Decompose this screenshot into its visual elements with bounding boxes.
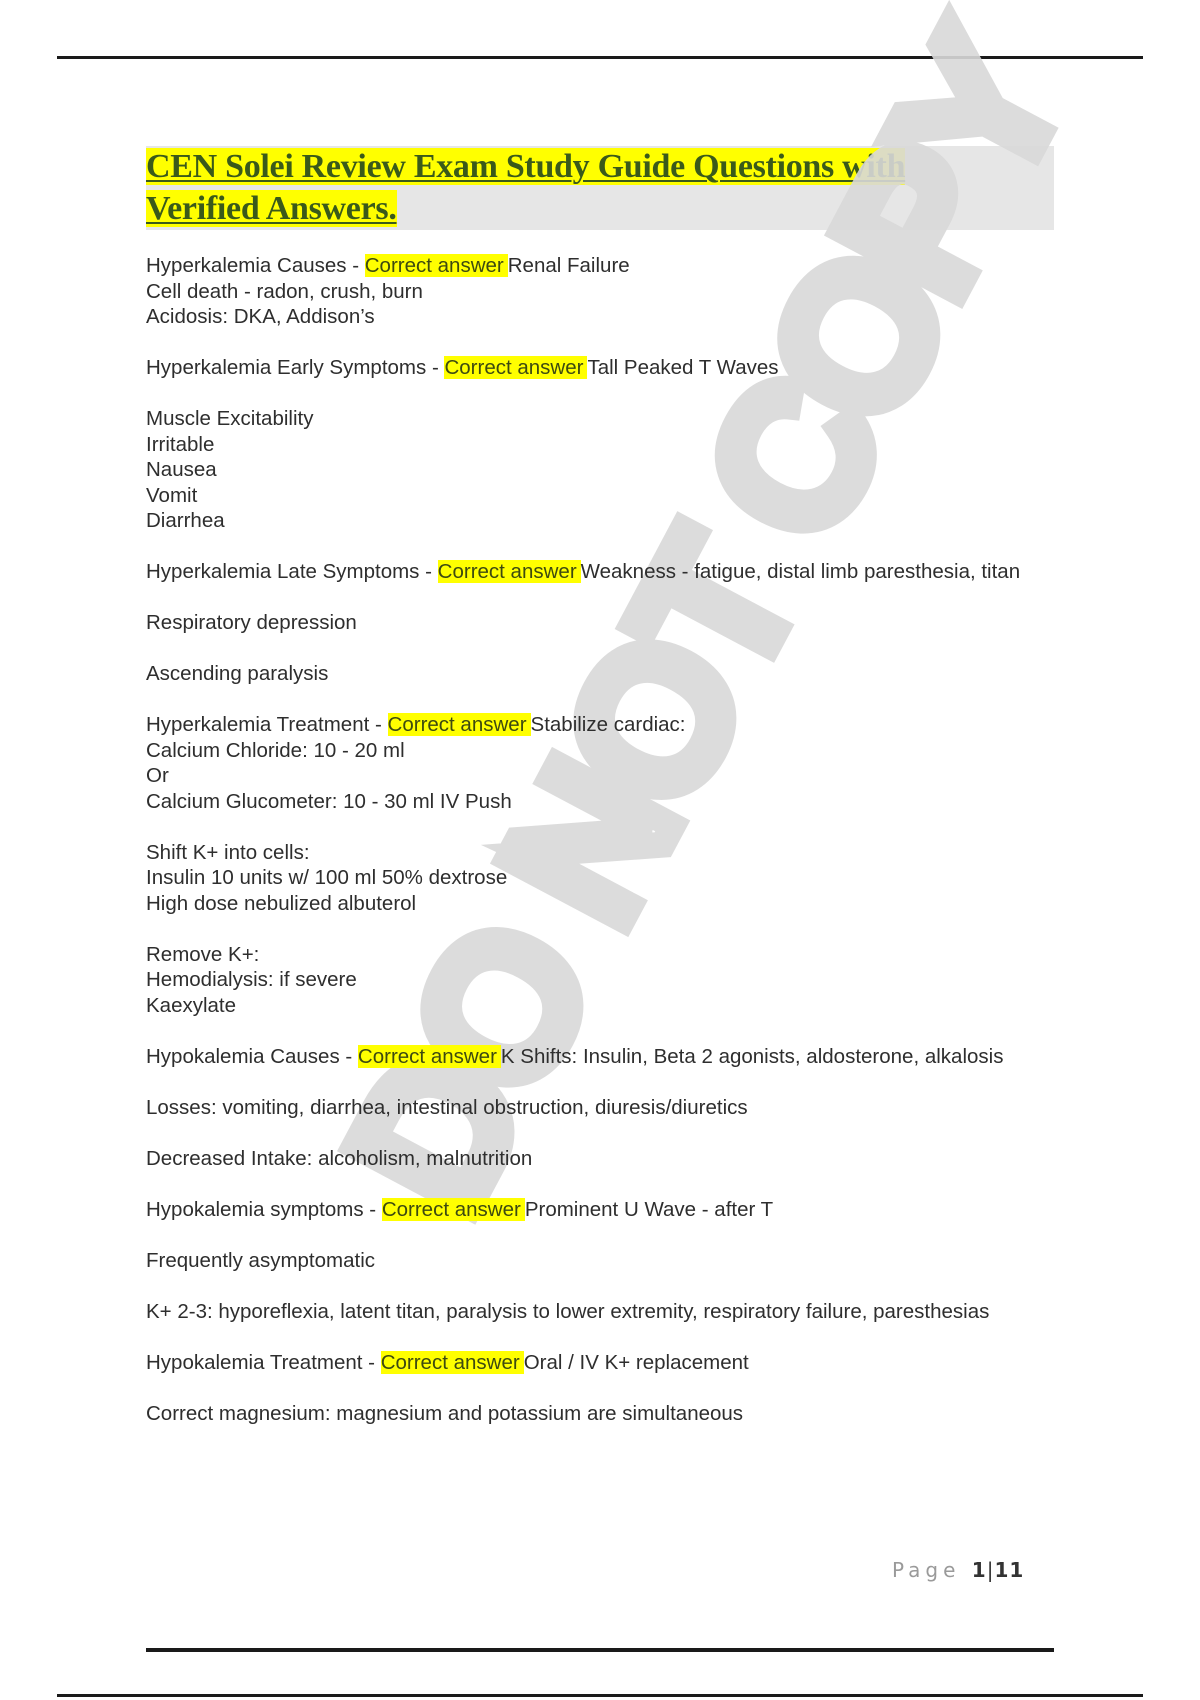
answer-text: Tall Peaked T Waves [587,356,778,379]
text-line: Remove K+: [146,942,1066,968]
text-line: Ascending paralysis [146,661,1066,687]
question-text: Hyperkalemia Causes - [146,254,365,277]
header-rule [57,56,1143,59]
text-line: Correct magnesium: magnesium and potassi… [146,1401,1066,1427]
total-pages: 11 [994,1558,1024,1582]
qa-block: Muscle ExcitabilityIrritableNauseaVomitD… [146,406,1066,534]
text-line: Cell death - radon, crush, burn [146,279,1066,305]
text-line: Muscle Excitability [146,406,1066,432]
answer-text: Prominent U Wave - after T [525,1198,773,1221]
text-line: Or [146,763,1066,789]
text-line: Diarrhea [146,508,1066,534]
qa-block: Hyperkalemia Late Symptoms - Correct ans… [146,559,1066,585]
qa-block: Hyperkalemia Treatment - Correct answerS… [146,712,1066,814]
text-line: K+ 2-3: hyporeflexia, latent titan, para… [146,1299,1066,1325]
text-line: Hemodialysis: if severe [146,967,1066,993]
question-text: Hyperkalemia Late Symptoms - [146,560,438,583]
answer-text: Weakness - fatigue, distal limb paresthe… [581,560,1020,583]
qa-block: Hyperkalemia Causes - Correct answerRena… [146,253,1066,330]
current-page: 1 [972,1558,987,1582]
document-body: Hyperkalemia Causes - Correct answerRena… [146,253,1066,1452]
title-line-1: CEN Solei Review Exam Study Guide Questi… [146,148,905,185]
text-line: Insulin 10 units w/ 100 ml 50% dextrose [146,865,1066,891]
question-line: Hyperkalemia Early Symptoms - Correct an… [146,355,1066,381]
text-line: Kaexylate [146,993,1066,1019]
question-line: Hypokalemia Treatment - Correct answerOr… [146,1350,1066,1376]
correct-answer-highlight: Correct answer [388,713,531,736]
qa-block: Correct magnesium: magnesium and potassi… [146,1401,1066,1427]
correct-answer-highlight: Correct answer [358,1045,501,1068]
correct-answer-highlight: Correct answer [438,560,581,583]
text-line: High dose nebulized albuterol [146,891,1066,917]
answer-text: Oral / IV K+ replacement [524,1351,749,1374]
footer-rule [146,1648,1054,1652]
text-line: Irritable [146,432,1066,458]
text-line: Calcium Glucometer: 10 - 30 ml IV Push [146,789,1066,815]
question-text: Hypokalemia Treatment - [146,1351,381,1374]
qa-block: Shift K+ into cells:Insulin 10 units w/ … [146,840,1066,917]
text-line: Losses: vomiting, diarrhea, intestinal o… [146,1095,1066,1121]
qa-block: Hypokalemia Treatment - Correct answerOr… [146,1350,1066,1376]
qa-block: Losses: vomiting, diarrhea, intestinal o… [146,1095,1066,1121]
title-line-2: Verified Answers. [146,190,397,227]
correct-answer-highlight: Correct answer [444,356,587,379]
question-text: Hypokalemia Causes - [146,1045,358,1068]
question-text: Hyperkalemia Early Symptoms - [146,356,444,379]
question-text: Hyperkalemia Treatment - [146,713,388,736]
qa-block: K+ 2-3: hyporeflexia, latent titan, para… [146,1299,1066,1325]
correct-answer-highlight: Correct answer [365,254,508,277]
qa-block: Hyperkalemia Early Symptoms - Correct an… [146,355,1066,381]
page-number: Page 1|11 [892,1558,1024,1582]
question-line: Hyperkalemia Treatment - Correct answerS… [146,712,1066,738]
qa-block: Hypokalemia symptoms - Correct answerPro… [146,1197,1066,1223]
page-label: Page [892,1558,960,1582]
text-line: Shift K+ into cells: [146,840,1066,866]
qa-block: Frequently asymptomatic [146,1248,1066,1274]
question-text: Hypokalemia symptoms - [146,1198,382,1221]
text-line: Respiratory depression [146,610,1066,636]
document-title: CEN Solei Review Exam Study Guide Questi… [146,146,1046,230]
text-line: Nausea [146,457,1066,483]
correct-answer-highlight: Correct answer [382,1198,525,1221]
qa-block: Hypokalemia Causes - Correct answerK Shi… [146,1044,1066,1070]
answer-text: Renal Failure [508,254,630,277]
question-line: Hypokalemia symptoms - Correct answerPro… [146,1197,1066,1223]
question-line: Hyperkalemia Causes - Correct answerRena… [146,253,1066,279]
qa-block: Decreased Intake: alcoholism, malnutriti… [146,1146,1066,1172]
qa-block: Remove K+:Hemodialysis: if severeKaexyla… [146,942,1066,1019]
text-line: Acidosis: DKA, Addison’s [146,304,1066,330]
text-line: Calcium Chloride: 10 - 20 ml [146,738,1066,764]
text-line: Vomit [146,483,1066,509]
answer-text: Stabilize cardiac: [531,713,686,736]
answer-text: K Shifts: Insulin, Beta 2 agonists, aldo… [501,1045,1004,1068]
text-line: Frequently asymptomatic [146,1248,1066,1274]
qa-block: Ascending paralysis [146,661,1066,687]
qa-block: Respiratory depression [146,610,1066,636]
question-line: Hypokalemia Causes - Correct answerK Shi… [146,1044,1066,1070]
text-line: Decreased Intake: alcoholism, malnutriti… [146,1146,1066,1172]
bottom-rule [57,1694,1143,1697]
question-line: Hyperkalemia Late Symptoms - Correct ans… [146,559,1066,585]
correct-answer-highlight: Correct answer [381,1351,524,1374]
